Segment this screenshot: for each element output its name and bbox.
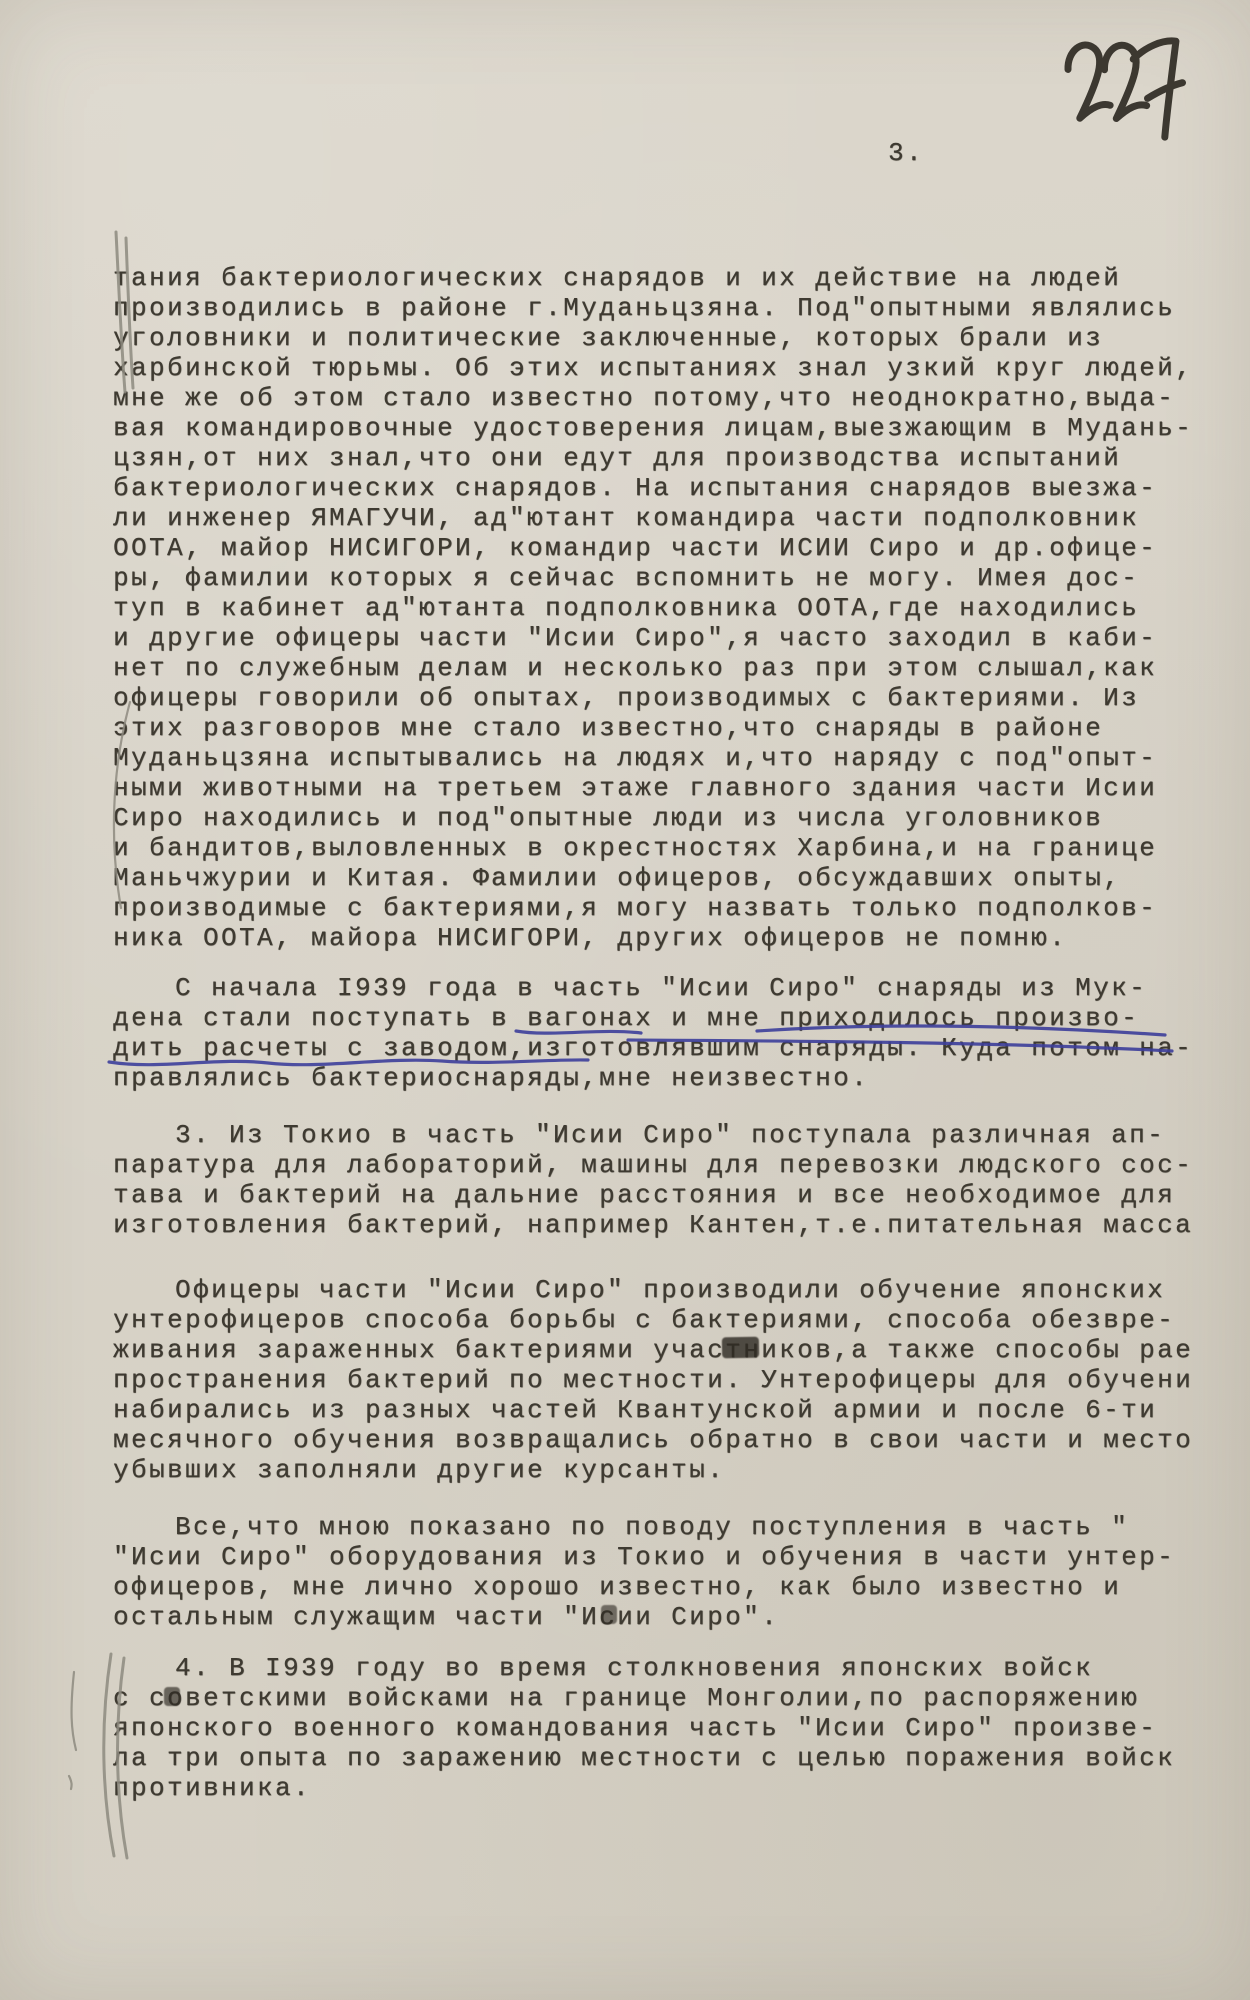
text-line: убывших заполняли другие курсанты. — [113, 1455, 1203, 1485]
paragraph: С начала I939 года в часть "Исии Сиро" с… — [113, 973, 1203, 1093]
text-line: остальным служащим части "Исии Сиро". — [113, 1602, 1203, 1632]
text-line: вая командировочные удостоверения лицам,… — [113, 413, 1203, 443]
text-line: живания зараженных бактериями участников… — [113, 1335, 1203, 1365]
typed-page-number: 3. — [888, 138, 924, 168]
document-page: 3. тания бактериологических снарядов и и… — [0, 0, 1250, 2000]
text-line: "Исии Сиро" оборудования из Токио и обуч… — [113, 1542, 1203, 1572]
text-line: ника ООТА, майора НИСИГОРИ, других офице… — [113, 923, 1203, 953]
text-line: производились в районе г.Муданьцзяна. По… — [113, 293, 1203, 323]
paragraph: Все,что мною показано по поводу поступле… — [113, 1512, 1203, 1632]
text-line: С начала I939 года в часть "Исии Сиро" с… — [113, 973, 1203, 1003]
text-line: набирались из разных частей Квантунской … — [113, 1395, 1203, 1425]
text-line: изготовления бактерий, например Кантен,т… — [113, 1210, 1203, 1240]
paragraph: 3. Из Токио в часть "Исии Сиро" поступал… — [113, 1120, 1203, 1240]
text-line: Сиро находились и под"опытные люди из чи… — [113, 803, 1203, 833]
text-line: ными животными на третьем этаже главного… — [113, 773, 1203, 803]
text-line: 3. Из Токио в часть "Исии Сиро" поступал… — [113, 1120, 1203, 1150]
text-line: с советскими войсками на границе Монголи… — [113, 1683, 1203, 1713]
text-line: Маньчжурии и Китая. Фамилии офицеров, об… — [113, 863, 1203, 893]
handwritten-folio-number — [1065, 31, 1191, 151]
text-line: тава и бактерий на дальние расстояния и … — [113, 1180, 1203, 1210]
text-line: ры, фамилии которых я сейчас вспомнить н… — [113, 563, 1203, 593]
text-line: Офицеры части "Исии Сиро" производили об… — [113, 1275, 1203, 1305]
text-line: паратура для лабораторий, машины для пер… — [113, 1150, 1203, 1180]
text-line: дена стали поступать в вагонах и мне при… — [113, 1003, 1203, 1033]
text-line: тания бактериологических снарядов и их д… — [113, 263, 1203, 293]
text-line: мне же об этом стало известно потому,что… — [113, 383, 1203, 413]
text-line: и бандитов,выловленных в окрестностях Ха… — [113, 833, 1203, 863]
text-line: Все,что мною показано по поводу поступле… — [113, 1512, 1203, 1542]
pencil-margin-line — [69, 1776, 72, 1789]
text-line: уголовники и политические заключенные, к… — [113, 323, 1203, 353]
text-line: офицеры говорили об опытах, производимых… — [113, 683, 1203, 713]
text-line: пространения бактерий по местности. Унте… — [113, 1365, 1203, 1395]
text-line: правлялись бактериоснаряды,мне неизвестн… — [113, 1063, 1203, 1093]
paragraph: Офицеры части "Исии Сиро" производили об… — [113, 1275, 1203, 1485]
text-line: нет по служебным делам и несколько раз п… — [113, 653, 1203, 683]
text-line: японского военного командования часть "И… — [113, 1713, 1203, 1743]
text-line: цзян,от них знал,что они едут для произв… — [113, 443, 1203, 473]
pencil-margin-line — [72, 1672, 76, 1750]
text-line: этих разговоров мне стало известно,что с… — [113, 713, 1203, 743]
text-line: противника. — [113, 1773, 1203, 1803]
text-line: унтерофицеров способа борьбы с бактериям… — [113, 1305, 1203, 1335]
text-line: и другие офицеры части "Исии Сиро",я час… — [113, 623, 1203, 653]
text-line: месячного обучения возвращались обратно … — [113, 1425, 1203, 1455]
paragraph: 4. В I939 году во время столкновения япо… — [113, 1653, 1203, 1803]
text-line: офицеров, мне лично хорошо известно, как… — [113, 1572, 1203, 1602]
text-line: бактериологических снарядов. На испытани… — [113, 473, 1203, 503]
text-line: ООТА, майор НИСИГОРИ, командир части ИСИ… — [113, 533, 1203, 563]
text-line: 4. В I939 году во время столкновения япо… — [113, 1653, 1203, 1683]
overstrike-blot — [722, 1337, 759, 1359]
overstrike-blot — [164, 1687, 180, 1706]
text-line: харбинской тюрьмы. Об этих испытаниях зн… — [113, 353, 1203, 383]
overstrike-blot — [601, 1605, 617, 1624]
text-line: ла три опыта по заражению местности с це… — [113, 1743, 1203, 1773]
text-line: дить расчеты с заводом,изготовлявшим сна… — [113, 1033, 1203, 1063]
paragraph: тания бактериологических снарядов и их д… — [113, 263, 1203, 953]
text-line: ли инженер ЯМАГУЧИ, ад"ютант командира ч… — [113, 503, 1203, 533]
text-line: производимые с бактериями,я могу назвать… — [113, 893, 1203, 923]
text-line: туп в кабинет ад"ютанта подполковника ОО… — [113, 593, 1203, 623]
text-line: Муданьцзяна испытывались на людях и,что … — [113, 743, 1203, 773]
